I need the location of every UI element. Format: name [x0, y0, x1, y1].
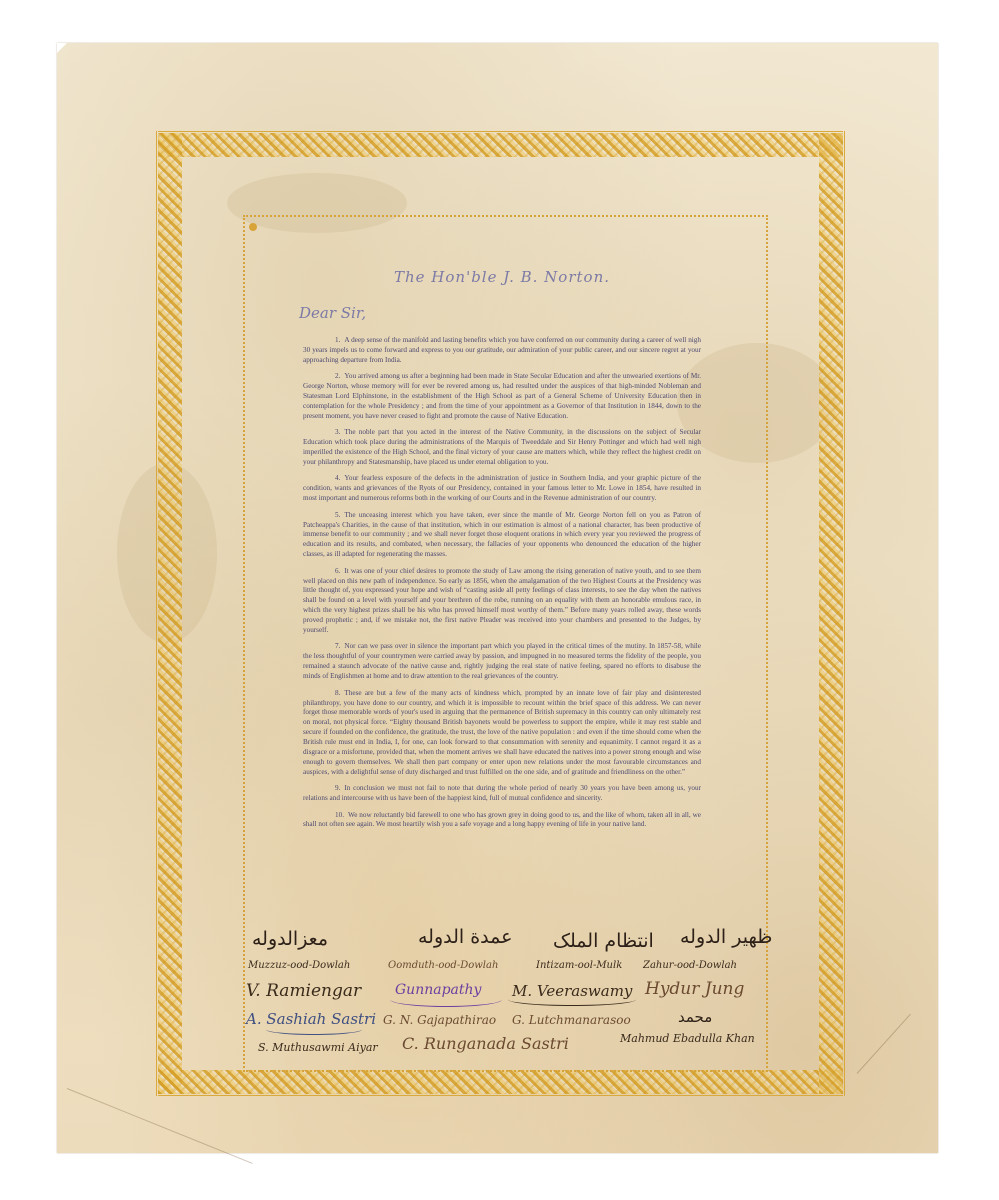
letter-body: The Hon'ble J. B. Norton. Dear Sir, 1.A …: [303, 268, 701, 837]
signature: Mahmud Ebadulla Khan: [620, 1032, 755, 1045]
paragraph-number: 2.: [335, 372, 340, 380]
paragraph: 5.The unceasing interest which you have …: [303, 511, 701, 561]
paragraph-number: 5.: [335, 511, 340, 519]
paragraph-number: 6.: [335, 567, 340, 575]
signature-caption: Oomduth-ood-Dowlah: [388, 960, 498, 971]
signature-caption: Zahur-ood-Dowlah: [643, 960, 737, 971]
signature-flourish: [266, 1024, 362, 1035]
corner-ornament-icon: [249, 223, 257, 231]
paragraph-number: 10.: [335, 811, 344, 819]
greeting: Dear Sir,: [299, 304, 701, 322]
gilt-border-bottom: [158, 1070, 843, 1094]
paragraph-text: Nor can we pass over in silence the impo…: [303, 642, 701, 680]
paragraph: 8.These are but a few of the many acts o…: [303, 689, 701, 778]
signature-urdu: محمد: [678, 1008, 712, 1026]
paragraph: 7.Nor can we pass over in silence the im…: [303, 642, 701, 682]
signature-flourish: [508, 993, 636, 1006]
gilt-rule: [158, 1095, 843, 1096]
paragraph-text: A deep sense of the manifold and lasting…: [303, 336, 701, 364]
signature: G. Lutchmanarasoo: [512, 1013, 631, 1027]
paragraph-list: 1.A deep sense of the manifold and lasti…: [303, 336, 701, 830]
crease: [857, 1014, 911, 1074]
gilt-border-left: [158, 133, 182, 1094]
signature-caption: Muzzuz-ood-Dowlah: [248, 960, 350, 971]
gilt-border-top: [158, 133, 843, 157]
paragraph: 9.In conclusion we must not fail to note…: [303, 784, 701, 804]
signature-urdu: انتظام الملک: [553, 930, 654, 952]
paragraph-text: These are but a few of the many acts of …: [303, 689, 701, 776]
addressee-heading: The Hon'ble J. B. Norton.: [303, 268, 701, 286]
paragraph-number: 3.: [335, 428, 340, 436]
paragraph-text: It was one of your chief desires to prom…: [303, 567, 701, 634]
paragraph-text: In conclusion we must not fail to note t…: [303, 784, 701, 802]
signature-caption: Intizam-ool-Mulk: [536, 960, 622, 971]
signature-urdu: معزالدوله: [252, 928, 328, 950]
gilt-rule: [158, 131, 843, 132]
paragraph: 10.We now reluctantly bid farewell to on…: [303, 811, 701, 831]
signature-flourish: [390, 992, 502, 1007]
paragraph: 4.Your fearless exposure of the defects …: [303, 474, 701, 504]
paragraph-number: 4.: [335, 474, 340, 482]
paragraph-text: The unceasing interest which you have ta…: [303, 511, 701, 559]
signature-urdu: ظهير الدوله: [680, 926, 772, 948]
paragraph: 1.A deep sense of the manifold and lasti…: [303, 336, 701, 366]
paragraph: 2.You arrived among us after a beginning…: [303, 372, 701, 422]
gilt-border-right: [819, 133, 843, 1094]
dog-eared-corner: [57, 43, 67, 53]
signature: V. Ramiengar: [246, 981, 361, 1001]
paragraph: 6.It was one of your chief desires to pr…: [303, 567, 701, 636]
gilt-rule: [844, 131, 845, 1096]
paragraph-number: 9.: [335, 784, 340, 792]
signature: S. Muthusawmi Aiyar: [258, 1041, 378, 1054]
paragraph-number: 8.: [335, 689, 340, 697]
crease: [67, 1088, 253, 1164]
paragraph-number: 7.: [335, 642, 340, 650]
signature: C. Runganada Sastri: [402, 1034, 569, 1053]
signature: G. N. Gajapathirao: [383, 1013, 496, 1027]
paragraph: 3.The noble part that you acted in the i…: [303, 428, 701, 468]
signature: Hydur Jung: [645, 979, 744, 999]
paragraph-text: The noble part that you acted in the int…: [303, 428, 701, 466]
paragraph-number: 1.: [335, 336, 340, 344]
paragraph-text: We now reluctantly bid farewell to one w…: [303, 811, 701, 829]
signature-urdu: عمدة الدوله: [418, 926, 512, 948]
gilt-rule: [156, 131, 157, 1096]
paragraph-text: You arrived among us after a beginning h…: [303, 372, 701, 420]
paragraph-text: Your fearless exposure of the defects in…: [303, 474, 701, 502]
